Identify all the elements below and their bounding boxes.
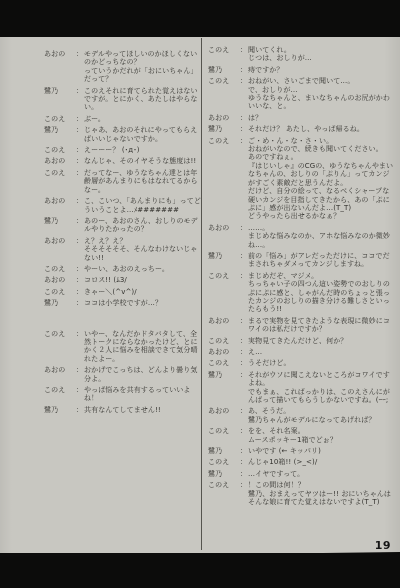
dialogue-entry: あおの：は？ (208, 114, 395, 122)
speaker-name: 鷺乃 (44, 126, 75, 143)
dialogue-text: ココは小学校ですが…？ (84, 299, 201, 307)
dialogue-text: モデルやってほしいのかほしくないのかどっちなの？ っていうかだれが「おにいちゃん… (84, 50, 201, 84)
speaker-colon: ： (75, 330, 84, 364)
speaker-name: あおの (44, 157, 75, 165)
speaker-name: あおの (208, 348, 239, 356)
dialogue-entry: 鷺乃：それだけ？ あたし、やっぱ帰るね。 (208, 125, 395, 133)
dialogue-text: 聞いてくれ。 じつは、おしりが… (248, 46, 395, 63)
bottom-border (0, 549, 400, 588)
speaker-name: あおの (44, 276, 75, 284)
dialogue-text: ！この間は何！？ 鷺乃、おまえってヤツはー!! おにいちゃんはそんな娘に育てた覚… (248, 481, 395, 506)
dialogue-text: あのー、あおのさん、おしりのモデルやりたかったの？ (84, 217, 201, 234)
dialogue-entry: 鷺乃：ココは小学校ですが…？ (44, 299, 201, 307)
dialogue-entry: 鷺乃：それがウソに聞こえないところがコワイですよね。 でもまぁ、こればっかりは、… (208, 371, 395, 405)
speaker-name: このえ (208, 137, 239, 221)
dialogue-text: ……。 まじめな悩みなのか、アホな悩みなのか微妙ね…。 (248, 224, 395, 249)
speaker-colon: ： (75, 386, 84, 403)
speaker-colon: ： (239, 137, 248, 221)
dialogue-entry: あおの：え… (208, 348, 395, 356)
dialogue-text: んじゃ10箱!! (>_<)/ (248, 458, 395, 466)
speaker-colon: ： (75, 299, 84, 307)
speaker-name: あおの (44, 237, 75, 262)
speaker-colon: ： (75, 197, 84, 214)
dialogue-entry: あおの：コロス!! (ﾑ3/ (44, 276, 201, 284)
dialogue-text: は？ (248, 114, 395, 122)
speaker-colon: ： (239, 359, 248, 367)
speaker-colon: ： (75, 87, 84, 112)
dialogue-text: え？え？え？ そそそそそそ、そんなわけないじゃない!! (84, 237, 201, 262)
speaker-name: このえ (44, 146, 75, 154)
dialogue-text: じゃあ、あおのそれにやってもらえばいいじゃないですか。 (84, 126, 201, 143)
speaker-name: 鷺乃 (44, 87, 75, 112)
dialogue-entry: あおの：あ、そうだ。 鷺乃ちゃんがモデルになってあげれば？ (208, 407, 395, 424)
dialogue-entry: 鷺乃：前の「悩み」がアレだっただけに、ココでだまされちゃダメってカンジしますね。 (208, 252, 395, 269)
speaker-colon: ： (239, 458, 248, 466)
dialogue-text: だってなー、ゆうなちゃん達とは年齢層があんまりにもはなれてるからなー。 (84, 169, 201, 194)
dialogue-entry: 鷺乃：…イヤですって。 (208, 470, 395, 478)
speaker-name: このえ (44, 265, 75, 273)
dialogue-text: おかげでこっちは、どんより曇り気分よ。 (84, 366, 201, 383)
speaker-colon: ： (75, 50, 84, 84)
dialogue-text: コロス!! (ﾑ3/ (84, 276, 201, 284)
speaker-colon: ： (75, 366, 84, 383)
speaker-colon: ： (239, 272, 248, 314)
dialogue-entry: このえ：いやー、なんだかドタバタして、全然トークにならなかったけど、とにかく２人… (44, 330, 201, 364)
speaker-name: このえ (208, 427, 239, 444)
speaker-name: あおの (208, 407, 239, 424)
speaker-colon: ： (239, 470, 248, 478)
dialogue-entry: このえ：だってなー、ゆうなちゃん達とは年齢層があんまりにもはなれてるからなー。 (44, 169, 201, 194)
speaker-colon: ： (239, 447, 248, 455)
speaker-colon: ： (239, 224, 248, 249)
speaker-colon: ： (239, 66, 248, 74)
column-divider (201, 38, 202, 550)
speaker-colon: ： (75, 126, 84, 143)
speaker-colon: ： (239, 114, 248, 122)
dialogue-entry: あおの：なんじゃ、そのイヤそうな態度は!! (44, 157, 201, 165)
speaker-colon: ： (239, 46, 248, 63)
speaker-colon: ： (239, 427, 248, 444)
speaker-name: このえ (44, 386, 75, 403)
speaker-name: 鷺乃 (208, 66, 239, 74)
speaker-colon: ： (239, 481, 248, 506)
speaker-name: このえ (208, 272, 239, 314)
dialogue-text: あ、そうだ。 鷺乃ちゃんがモデルになってあげれば？ (248, 407, 395, 424)
speaker-colon: ： (75, 276, 84, 284)
dialogue-entry: このえ：をを、それ名案。 ムースポッキー1箱でどぉ？ (208, 427, 395, 444)
dialogue-text: …イヤですって。 (248, 470, 395, 478)
speaker-colon: ： (239, 337, 248, 345)
dialogue-text: をを、それ名案。 ムースポッキー1箱でどぉ？ (248, 427, 395, 444)
speaker-name: あおの (208, 224, 239, 249)
dialogue-entry: このえ：！この間は何！？ 鷺乃、おまえってヤツはー!! おにいちゃんはそんな娘に… (208, 481, 395, 506)
dialogue-text: いやー、なんだかドタバタして、全然トークにならなかったけど、とにかく２人に悩みを… (84, 330, 201, 364)
speaker-name: 鷺乃 (208, 125, 239, 133)
dialogue-entry: 鷺乃：あのー、あおのさん、おしりのモデルやりたかったの？ (44, 217, 201, 234)
dialogue-text: え… (248, 348, 395, 356)
dialogue-entry: 鷺乃：じゃあ、あおのそれにやってもらえばいいじゃないですか。 (44, 126, 201, 143)
speaker-colon: ： (239, 348, 248, 356)
dialogue-entry: 鷺乃：このえそれに育てられた覚えはないですが。とにかく、あたしはやらない。 (44, 87, 201, 112)
dialogue-text: それがウソに聞こえないところがコワイですよね。 でもまぁ、こればっかりは、このえ… (248, 371, 395, 405)
dialogue-text: 実物見てきたんだけど、何か？ (248, 337, 395, 345)
speaker-name: あおの (44, 50, 75, 84)
speaker-name: 鷺乃 (208, 371, 239, 405)
scan-page: あおの：モデルやってほしいのかほしくないのかどっちなの？ っていうかだれが「おに… (0, 37, 400, 553)
speaker-name: このえ (44, 115, 75, 123)
speaker-colon: ： (75, 288, 84, 296)
speaker-colon: ： (75, 217, 84, 234)
dialogue-entry: あおの：え？え？え？ そそそそそそ、そんなわけないじゃない!! (44, 237, 201, 262)
dialogue-text: やーい、あおのえっちー。 (84, 265, 201, 273)
speaker-name: 鷺乃 (44, 299, 75, 307)
dialogue-entry: このえ：やっぱ悩みを共有するっていいよね！ (44, 386, 201, 403)
dialogue-text: 前の「悩み」がアレだっただけに、ココでだまされちゃダメってカンジしますね。 (248, 252, 395, 269)
dialogue-entry: 鷺乃：痔ですか？ (208, 66, 395, 74)
speaker-colon: ： (75, 169, 84, 194)
speaker-name: このえ (44, 330, 75, 364)
dialogue-text: おねがい、さいごまで聞いて…。 で、おしりが… ゆうなちゃんと、まいなちゃんのお… (248, 77, 395, 111)
speaker-colon: ： (239, 317, 248, 334)
speaker-name: 鷺乃 (208, 470, 239, 478)
speaker-name: あおの (208, 114, 239, 122)
speaker-name: あおの (208, 317, 239, 334)
speaker-colon: ： (75, 265, 84, 273)
speaker-name: このえ (208, 458, 239, 466)
page-number: 19 (375, 539, 391, 552)
dialogue-entry: あおの：こ、こいつ、「あんまりにも」ってどういうことよ…ﾒ####### (44, 197, 201, 214)
speaker-name: このえ (208, 337, 239, 345)
dialogue-text: 痔ですか？ (248, 66, 395, 74)
dialogue-text: こ、こいつ、「あんまりにも」ってどういうことよ…ﾒ####### (84, 197, 201, 214)
speaker-name: このえ (208, 77, 239, 111)
dialogue-entry: このえ：やーい、あおのえっちー。 (44, 265, 201, 273)
speaker-name: このえ (44, 288, 75, 296)
speaker-name: このえ (44, 169, 75, 194)
dialogue-text: ぶー。 (84, 115, 201, 123)
dialogue-text: このえそれに育てられた覚えはないですが。とにかく、あたしはやらない。 (84, 87, 201, 112)
dialogue-entry: このえ：ぶー。 (44, 115, 201, 123)
dialogue-text: いやです (← キッパリ) (248, 447, 395, 455)
speaker-colon: ： (75, 115, 84, 123)
dialogue-entry: 鷺乃：いやです (← キッパリ) (208, 447, 395, 455)
dialogue-text: やっぱ悩みを共有するっていいよね！ (84, 386, 201, 403)
dialogue-entry: このえ：まじめだぞ、マジメ。 ちっちゃい子の四つん這い姿勢でのおしりのぷにぷに感… (208, 272, 395, 314)
dialogue-entry: あおの：……。 まじめな悩みなのか、アホな悩みなのか微妙ね…。 (208, 224, 395, 249)
dialogue-text: えーーー？ (･д･) (84, 146, 201, 154)
speaker-colon: ： (75, 406, 84, 414)
dialogue-entry: あおの：モデルやってほしいのかほしくないのかどっちなの？ っていうかだれが「おに… (44, 50, 201, 84)
speaker-colon: ： (239, 77, 248, 111)
dialogue-entry: このえ：おねがい、さいごまで聞いて…。 で、おしりが… ゆうなちゃんと、まいなち… (208, 77, 395, 111)
dialogue-entry: このえ：聞いてくれ。 じつは、おしりが… (208, 46, 395, 63)
speaker-colon: ： (75, 146, 84, 154)
top-border (0, 0, 400, 37)
dialogue-text: ご・め・ん・な・さ・い。 おねがいなので、続きも聞いてください。 あのですねぇ。… (248, 137, 395, 221)
dialogue-entry: このえ：実物見てきたんだけど、何か？ (208, 337, 395, 345)
speaker-name: このえ (208, 46, 239, 63)
dialogue-entry: このえ：うそだけど。 (208, 359, 395, 367)
dialogue-entry: あおの：おかげでこっちは、どんより曇り気分よ。 (44, 366, 201, 383)
speaker-colon: ： (75, 237, 84, 262)
dialogue-entry: このえ：えーーー？ (･д･) (44, 146, 201, 154)
speaker-name: 鷺乃 (44, 406, 75, 414)
left-column: あおの：モデルやってほしいのかほしくないのかどっちなの？ っていうかだれが「おに… (44, 50, 201, 417)
speaker-name: 鷺乃 (44, 217, 75, 234)
dialogue-text: 共有なんてしてません!! (84, 406, 201, 414)
dialogue-text: なんじゃ、そのイヤそうな態度は!! (84, 157, 201, 165)
dialogue-text: うそだけど。 (248, 359, 395, 367)
right-column: このえ：聞いてくれ。 じつは、おしりが…鷺乃：痔ですか？このえ：おねがい、さいご… (208, 46, 395, 510)
dialogue-entry: 鷺乃：共有なんてしてません!! (44, 406, 201, 414)
dialogue-entry: このえ：ご・め・ん・な・さ・い。 おねがいなので、続きも聞いてください。 あので… (208, 137, 395, 221)
speaker-colon: ： (239, 252, 248, 269)
speaker-colon: ： (239, 407, 248, 424)
dialogue-entry: あおの：まるで実物を見てきたような表現に微妙にコワイのは私だけですか？ (208, 317, 395, 334)
speaker-name: このえ (208, 359, 239, 367)
speaker-name: このえ (208, 481, 239, 506)
dialogue-text: きゃー＼(^v^)/ (84, 288, 201, 296)
speaker-colon: ： (239, 371, 248, 405)
speaker-colon: ： (239, 125, 248, 133)
speaker-name: あおの (44, 197, 75, 214)
speaker-colon: ： (75, 157, 84, 165)
dialogue-text: それだけ？ あたし、やっぱ帰るね。 (248, 125, 395, 133)
speaker-name: あおの (44, 366, 75, 383)
dialogue-text: まじめだぞ、マジメ。 ちっちゃい子の四つん這い姿勢でのおしりのぷにぷに感と、しゃ… (248, 272, 395, 314)
dialogue-entry: このえ：きゃー＼(^v^)/ (44, 288, 201, 296)
dialogue-entry: このえ：んじゃ10箱!! (>_<)/ (208, 458, 395, 466)
dialogue-text: まるで実物を見てきたような表現に微妙にコワイのは私だけですか？ (248, 317, 395, 334)
speaker-name: 鷺乃 (208, 252, 239, 269)
speaker-name: 鷺乃 (208, 447, 239, 455)
